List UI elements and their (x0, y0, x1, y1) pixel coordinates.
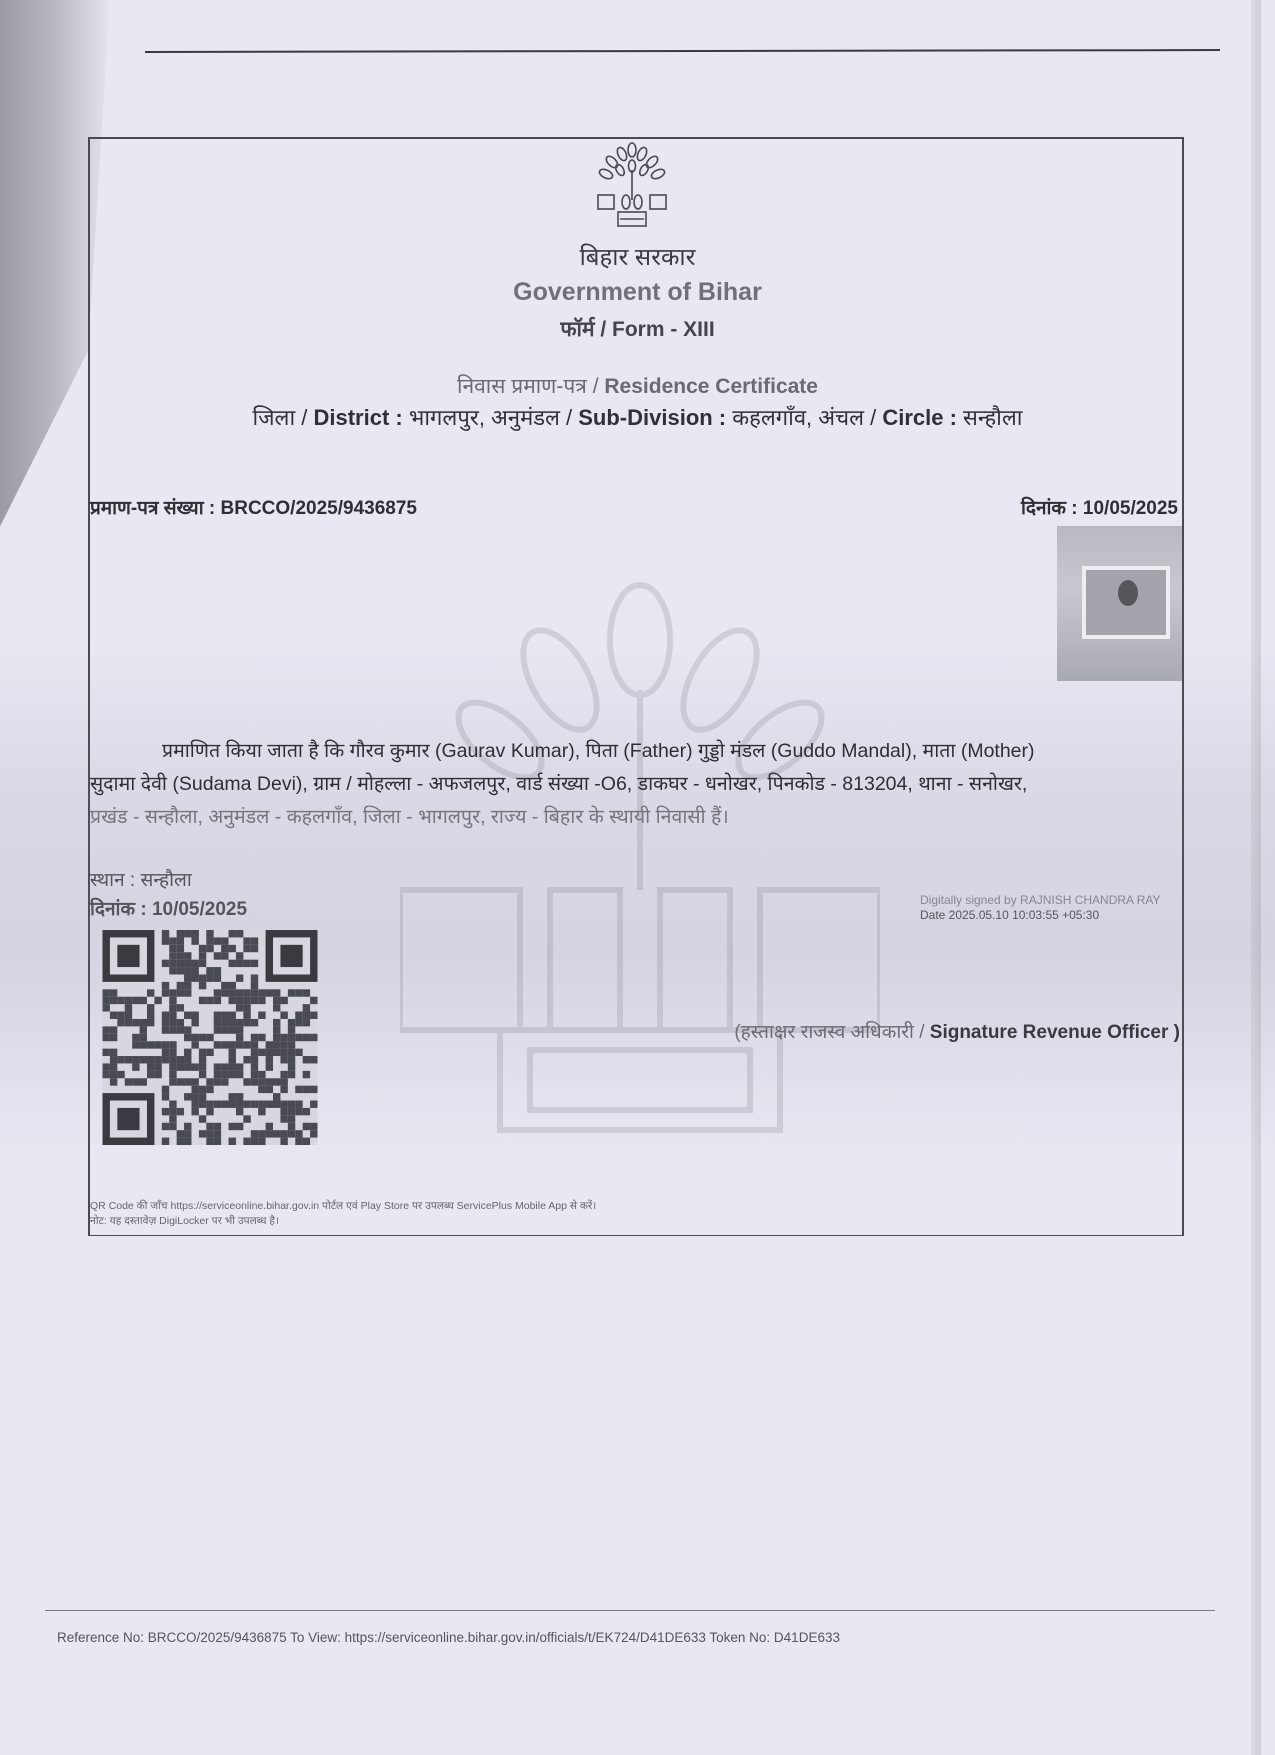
bihar-emblem-watermark-icon (400, 560, 880, 1200)
govt-name-english: Government of Bihar (0, 278, 1275, 307)
govt-name-hindi: बिहार सरकार (0, 240, 1275, 273)
circle-label-hi: अंचल / (818, 405, 882, 430)
circle-value: सन्हौला (963, 405, 1022, 430)
issue-place-value: सन्हौला (140, 870, 191, 891)
certificate-number: प्रमाण-पत्र संख्या : BRCCO/2025/9436875 (90, 494, 417, 520)
certificate-statement: प्रमाणित किया जाता है कि गौरव कुमार (Gau… (90, 735, 1182, 834)
issue-place: स्थान : सन्हौला (90, 866, 192, 892)
certificate-date-value: 10/05/2025 (1083, 498, 1178, 519)
applicant-photo (1057, 526, 1182, 681)
officer-signature-english: Signature Revenue Officer ) (930, 1022, 1180, 1043)
subdivision-label-en: Sub-Division : (578, 405, 732, 430)
page-top-rule (145, 49, 1220, 53)
certificate-date-label: दिनांक : (1021, 498, 1083, 519)
verification-qr-code-icon (100, 930, 320, 1145)
district-label-en: District : (314, 405, 409, 430)
statement-line-3: प्रखंड - सन्हौला, अनुमंडल - कहलगाँव, जिल… (90, 806, 729, 828)
subdivision-value: कहलगाँव, (732, 405, 818, 430)
issue-date: दिनांक : 10/05/2025 (90, 895, 247, 921)
qr-note-line-2: नोट: यह दस्तावेज़ DigiLocker पर भी उपलब्… (90, 1214, 596, 1229)
digital-signature: Digitally signed by RAJNISH CHANDRA RAY … (920, 893, 1161, 923)
issue-date-value: 10/05/2025 (152, 899, 247, 920)
person-silhouette-icon (1118, 580, 1138, 606)
issue-place-label: स्थान : (90, 870, 140, 891)
bihar-emblem-icon (588, 140, 676, 235)
district-value: भागलपुर, (409, 405, 491, 430)
circle-label-en: Circle : (882, 405, 963, 430)
digital-signature-signer: Digitally signed by RAJNISH CHANDRA RAY (920, 893, 1161, 908)
certificate-title-english: Residence Certificate (604, 375, 818, 398)
certificate-title: निवास प्रमाण-पत्र / Residence Certificat… (0, 372, 1275, 400)
form-number: फॉर्म / Form - XIII (0, 315, 1275, 343)
subdivision-label-hi: अनुमंडल / (491, 405, 578, 430)
qr-note-line-1: QR Code की जाँच https://serviceonline.bi… (90, 1199, 596, 1214)
district-label-hi: जिला / (253, 405, 314, 430)
footer-reference: Reference No: BRCCO/2025/9436875 To View… (57, 1630, 840, 1645)
officer-signature-label: (हस्ताक्षर राजस्व अधिकारी / Signature Re… (734, 1018, 1180, 1044)
certificate-date: दिनांक : 10/05/2025 (1021, 494, 1178, 520)
certificate-number-value: BRCCO/2025/9436875 (221, 498, 417, 519)
statement-line-1: प्रमाणित किया जाता है कि गौरव कुमार (Gau… (162, 740, 1035, 762)
certificate-title-hindi: निवास प्रमाण-पत्र / (457, 375, 604, 398)
footer-rule (45, 1610, 1215, 1611)
qr-verification-note: QR Code की जाँच https://serviceonline.bi… (90, 1199, 596, 1229)
issue-date-label: दिनांक : (90, 899, 152, 920)
statement-line-2: सुदामा देवी (Sudama Devi), ग्राम / मोहल्… (90, 773, 1027, 795)
jurisdiction-line: जिला / District : भागलपुर, अनुमंडल / Sub… (0, 402, 1275, 432)
certificate-number-label: प्रमाण-पत्र संख्या : (90, 498, 221, 519)
photo-frame (1082, 566, 1170, 639)
officer-signature-hindi: (हस्ताक्षर राजस्व अधिकारी / (734, 1022, 929, 1043)
digital-signature-date: Date 2025.05.10 10:03:55 +05:30 (920, 908, 1161, 923)
